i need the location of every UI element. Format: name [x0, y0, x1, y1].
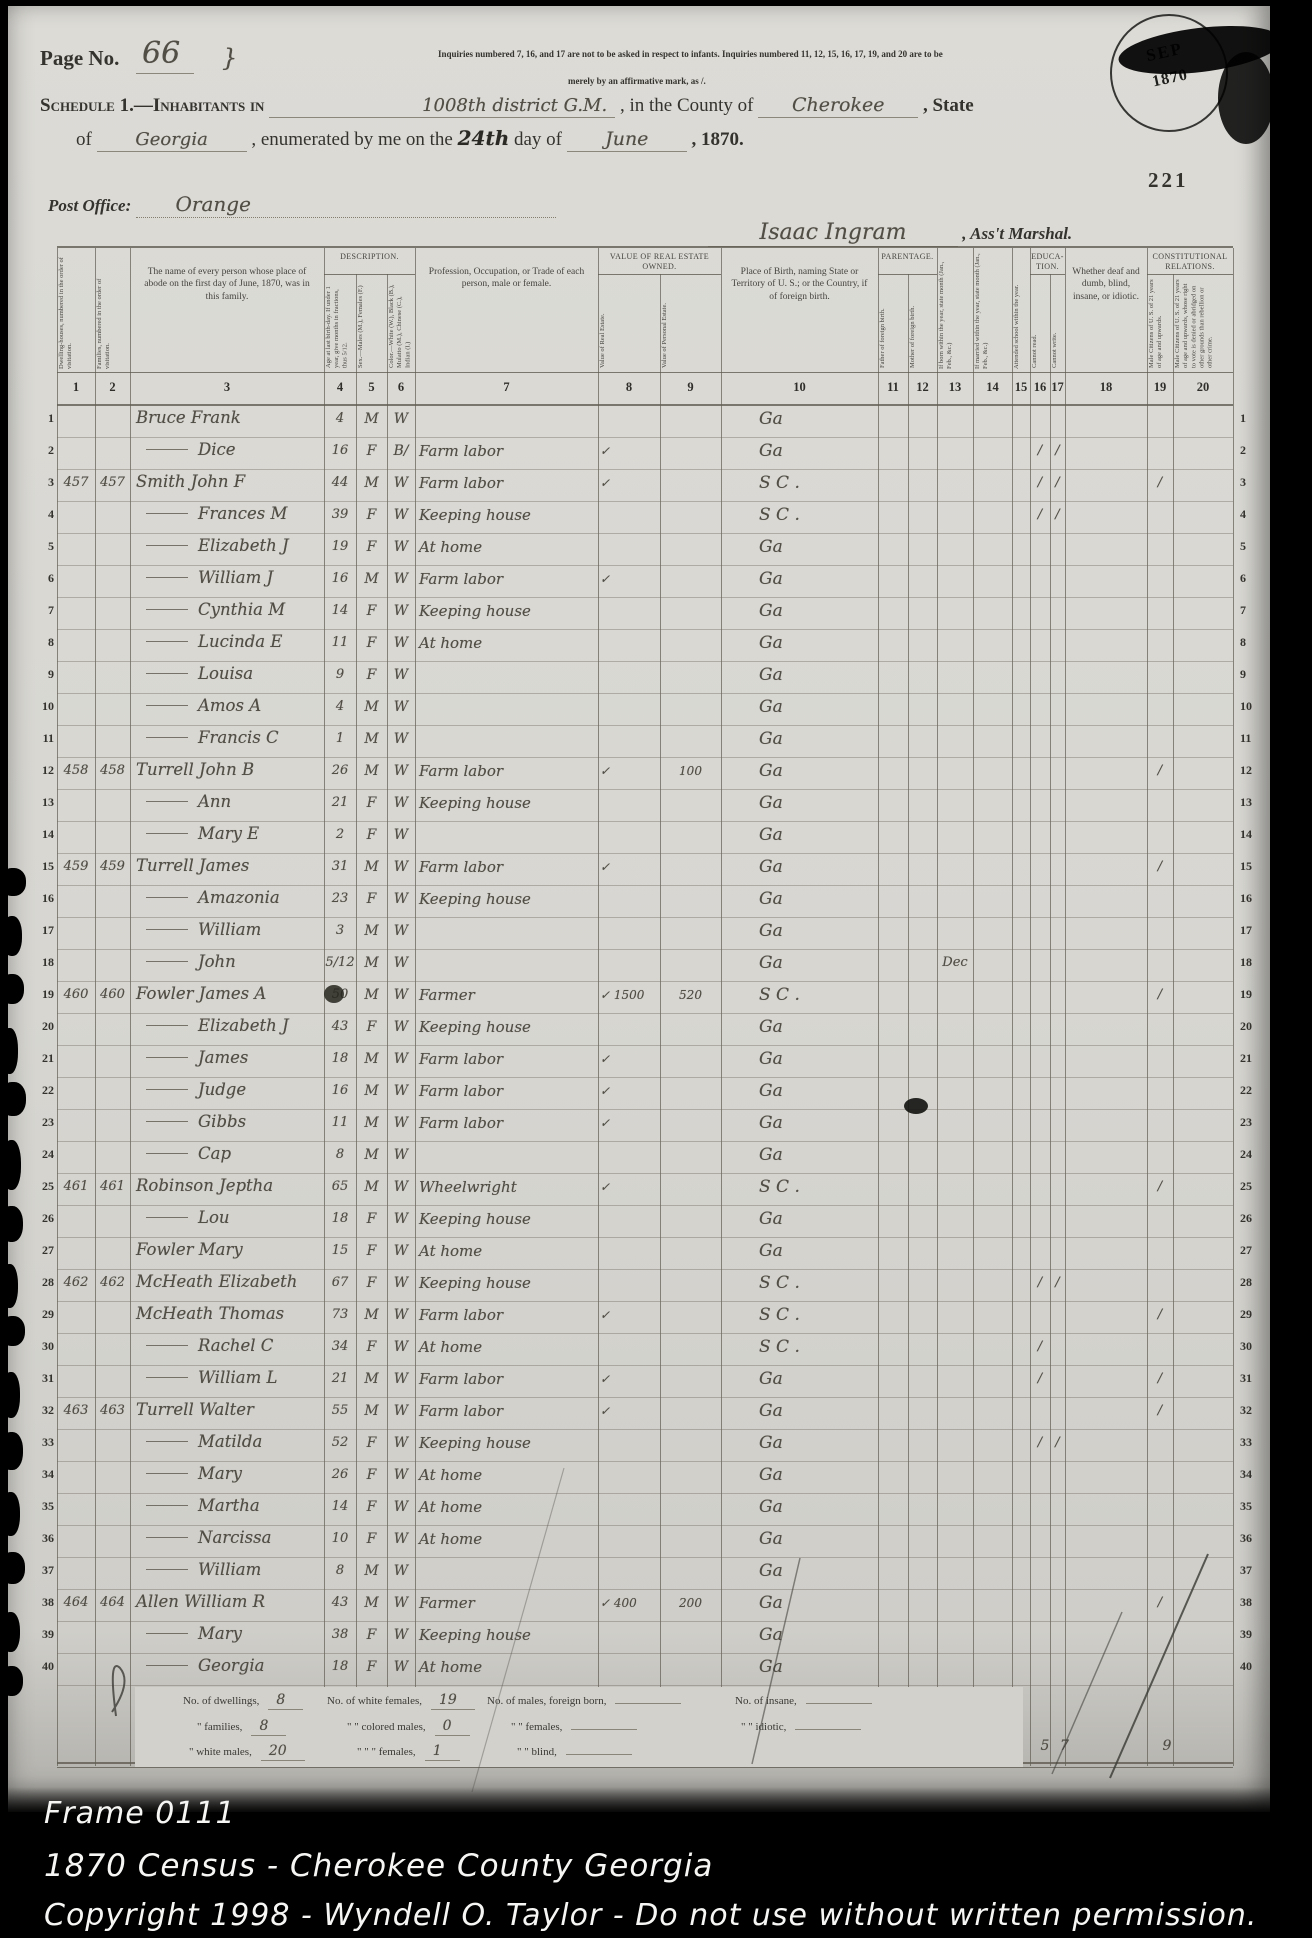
summary-label: " " " females,: [357, 1746, 416, 1758]
row-number-left: 28: [34, 1275, 54, 1290]
row-number-right: 17: [1240, 923, 1266, 938]
cell-name: Rachel C: [132, 1336, 324, 1368]
cell-cannot-read-mark: /: [1030, 443, 1050, 458]
cell-color: W: [387, 1083, 415, 1099]
summary-item: " " blind,: [517, 1742, 632, 1760]
film-edge-blob: [0, 1082, 26, 1116]
cell-male-citizen-mark: /: [1147, 1307, 1173, 1322]
cell-birthplace: Ga: [721, 1369, 878, 1389]
ditto-dash: [146, 449, 188, 450]
cell-cannot-read-mark: /: [1030, 475, 1050, 490]
group-rule: [1030, 274, 1065, 275]
row-number-left: 17: [34, 923, 54, 938]
row-number-right: 11: [1240, 731, 1266, 746]
row-number-right: 35: [1240, 1499, 1266, 1514]
summary-item: No. of dwellings,8: [183, 1691, 303, 1709]
cell-real-estate-value: ✓ 400: [600, 1596, 660, 1610]
cell-sex: M: [356, 1051, 387, 1067]
cell-family-number: 464: [95, 1595, 130, 1610]
row-number-right: 18: [1240, 955, 1266, 970]
row-number-left: 11: [34, 731, 54, 746]
group-header-constitutional: Constitutional Relations.: [1147, 249, 1233, 274]
cell-occupation: Farmer: [419, 986, 599, 1004]
row-number-right: 37: [1240, 1563, 1266, 1578]
cell-age: 3: [324, 923, 356, 938]
cell-sex: M: [356, 1371, 387, 1387]
cell-name: Turrell Walter: [132, 1400, 324, 1432]
cell-birthplace: Ga: [721, 1145, 878, 1165]
summary-label: No. of insane,: [735, 1695, 797, 1707]
cell-color: W: [387, 1563, 415, 1579]
cell-color: W: [387, 1275, 415, 1291]
cell-sex: F: [356, 1243, 387, 1259]
row-number-right: 26: [1240, 1211, 1266, 1226]
marshal-signature-handwritten: Isaac Ingram: [708, 220, 958, 247]
cell-color: W: [387, 987, 415, 1003]
film-edge-blob: [1, 1492, 20, 1536]
cell-color: W: [387, 667, 415, 683]
ditto-dash: [146, 1537, 188, 1538]
ditto-dash: [146, 673, 188, 674]
cell-age: 65: [324, 1179, 356, 1194]
person-name: Lou: [198, 1208, 230, 1227]
cell-birthplace: Ga: [721, 409, 878, 429]
column-header-8: Value of Real Estate.: [598, 276, 660, 371]
cell-occupation: Farm labor: [419, 762, 599, 780]
person-name: Allen William R: [132, 1592, 265, 1611]
cell-name: Elizabeth J: [132, 1016, 324, 1048]
cell-sex: M: [356, 859, 387, 875]
cell-age: 39: [324, 507, 356, 522]
day-of-label: day of: [514, 129, 562, 150]
cell-family-number: 462: [95, 1275, 130, 1290]
row-number-right: 34: [1240, 1467, 1266, 1482]
person-name: Mary E: [198, 824, 259, 843]
summary-value: 8: [268, 1692, 303, 1710]
row-number-left: 29: [34, 1307, 54, 1322]
summary-label: No. of white females,: [327, 1695, 422, 1707]
person-name: Amos A: [198, 696, 261, 715]
state-handwritten: Georgia: [97, 129, 247, 152]
cell-family-number: 463: [95, 1403, 130, 1418]
cell-name: William L: [132, 1368, 324, 1400]
column-rule: [415, 248, 416, 1766]
cell-sex: M: [356, 1147, 387, 1163]
cell-age: 11: [324, 635, 356, 650]
row-number-left: 9: [34, 667, 54, 682]
cell-name: Lucinda E: [132, 632, 324, 664]
cell-age: 18: [324, 1211, 356, 1226]
cell-birthplace: Ga: [721, 857, 878, 877]
column-number: 5: [356, 373, 387, 405]
cell-sex: F: [356, 1467, 387, 1483]
column-rule: [130, 248, 131, 1766]
person-name: Judge: [198, 1080, 246, 1099]
cell-sex: F: [356, 891, 387, 907]
person-name: Gibbs: [198, 1112, 246, 1131]
ditto-dash: [146, 609, 188, 610]
cell-dwelling-number: 463: [57, 1403, 95, 1418]
row-number-left: 24: [34, 1147, 54, 1162]
group-header-education: Educa- tion.: [1030, 249, 1065, 274]
person-name: Cynthia M: [198, 600, 285, 619]
cell-birthplace: S C .: [721, 985, 878, 1005]
column-rule: [878, 248, 879, 1766]
cell-color: W: [387, 1531, 415, 1547]
cell-sex: M: [356, 987, 387, 1003]
total-cannot-write: 7: [1056, 1738, 1073, 1754]
cell-name: Georgia: [132, 1656, 324, 1688]
row-number-right: 20: [1240, 1019, 1266, 1034]
summary-item: " " females,: [511, 1717, 637, 1735]
column-number: 1: [57, 373, 95, 405]
cell-dwelling-number: 464: [57, 1595, 95, 1610]
cell-dwelling-number: 457: [57, 475, 95, 490]
column-header-11: Father of foreign birth.: [878, 276, 908, 371]
cell-name: Mary: [132, 1624, 324, 1656]
film-edge-blob: [2, 1372, 20, 1418]
page-no-brace: }: [222, 44, 237, 72]
cell-name: Frances M: [132, 504, 324, 536]
summary-value: [795, 1729, 861, 1730]
cell-personal-estate-value: 100: [660, 764, 721, 778]
county-label: , in the County of: [620, 95, 754, 116]
ditto-dash: [146, 545, 188, 546]
row-number-left: 30: [34, 1339, 54, 1354]
cell-occupation: Keeping house: [419, 1626, 599, 1644]
cell-sex: M: [356, 475, 387, 491]
cell-color: W: [387, 1051, 415, 1067]
cell-age: 16: [324, 443, 356, 458]
person-name: Bruce Frank: [132, 408, 241, 427]
cell-sex: F: [356, 1435, 387, 1451]
summary-value: 20: [261, 1743, 305, 1761]
row-number-right: 10: [1240, 699, 1266, 714]
person-name: Martha: [198, 1496, 260, 1515]
summary-value: [571, 1729, 637, 1730]
cell-sex: F: [356, 603, 387, 619]
row-number-right: 19: [1240, 987, 1266, 1002]
summary-item: No. of white females,19: [327, 1691, 475, 1709]
summary-item: No. of males, foreign born,: [487, 1691, 681, 1709]
cell-occupation: Farm labor: [419, 474, 599, 492]
person-name: Frances M: [198, 504, 287, 523]
person-name: William: [198, 1560, 261, 1579]
cell-name: Cynthia M: [132, 600, 324, 632]
cell-birthplace: Ga: [721, 889, 878, 909]
cell-birthplace: Ga: [721, 729, 878, 749]
column-number: 18: [1065, 373, 1147, 405]
cell-sex: M: [356, 1403, 387, 1419]
cell-name: Dice: [132, 440, 324, 472]
person-name: Fowler James A: [132, 984, 266, 1003]
cell-age: 31: [324, 859, 356, 874]
ditto-dash: [146, 1089, 188, 1090]
row-number-left: 14: [34, 827, 54, 842]
cell-color: W: [387, 859, 415, 875]
cell-occupation: Keeping house: [419, 1274, 599, 1292]
census-scan-page: Page No. 66 } Inquiries numbered 7, 16, …: [0, 0, 1312, 1938]
district-handwritten: 1008th district G.M.: [269, 95, 615, 118]
post-office-label: Post Office:: [48, 196, 131, 215]
person-name: Mary: [198, 1464, 242, 1483]
cell-age: 8: [324, 1147, 356, 1162]
ditto-dash: [146, 1121, 188, 1122]
county-handwritten: Cherokee: [758, 94, 918, 118]
cell-color: W: [387, 1307, 415, 1323]
cell-family-number: 461: [95, 1179, 130, 1194]
summary-tallies: No. of dwellings,8No. of white females,1…: [135, 1687, 1023, 1767]
cell-occupation: Farm labor: [419, 570, 599, 588]
row-number-right: 21: [1240, 1051, 1266, 1066]
inquiries-notice-line2: merely by an affirmative mark, as /.: [568, 76, 706, 86]
row-number-right: 33: [1240, 1435, 1266, 1450]
cell-color: W: [387, 603, 415, 619]
cell-sex: F: [356, 1339, 387, 1355]
row-number-right: 40: [1240, 1659, 1266, 1674]
cell-occupation: Farm labor: [419, 1402, 599, 1420]
row-number-left: 37: [34, 1563, 54, 1578]
row-number-left: 15: [34, 859, 54, 874]
group-rule: [1147, 274, 1233, 275]
row-number-right: 29: [1240, 1307, 1266, 1322]
column-number: 20: [1173, 373, 1233, 405]
person-name: Ann: [198, 792, 231, 811]
row-number-right: 15: [1240, 859, 1266, 874]
person-name: William J: [198, 568, 273, 587]
cell-sex: F: [356, 539, 387, 555]
cell-age: 21: [324, 1371, 356, 1386]
column-header-12: Mother of foreign birth.: [908, 276, 937, 371]
row-number-left: 16: [34, 891, 54, 906]
film-edge-blob: [0, 868, 26, 896]
cell-cannot-read-mark: /: [1030, 1275, 1050, 1290]
cell-age: 34: [324, 1339, 356, 1354]
cell-name: Matilda: [132, 1432, 324, 1464]
cell-occupation: Keeping house: [419, 602, 599, 620]
cell-color: W: [387, 1467, 415, 1483]
film-edge-blob: [0, 1666, 23, 1696]
row-number-left: 31: [34, 1371, 54, 1386]
column-rule: [1050, 274, 1051, 1766]
cell-color: W: [387, 891, 415, 907]
ditto-dash: [146, 801, 188, 802]
summary-value: 8: [251, 1718, 286, 1736]
cell-name: Narcissa: [132, 1528, 324, 1560]
film-edge-blob: [1, 1612, 20, 1652]
cell-name: Elizabeth J: [132, 536, 324, 568]
cell-sex: F: [356, 795, 387, 811]
cell-sex: M: [356, 411, 387, 427]
page-no-handwritten: 66: [136, 36, 194, 74]
column-number: 14: [973, 373, 1012, 405]
column-header-6: Color.—White (W.), Black (B.), Mulatto (…: [387, 276, 415, 371]
cell-cannot-read-mark: /: [1030, 1339, 1050, 1354]
cell-name: Mary E: [132, 824, 324, 856]
cell-age: 38: [324, 1627, 356, 1642]
row-number-left: 12: [34, 763, 54, 778]
ditto-dash: [146, 641, 188, 642]
column-header-14: If married within the year, state month …: [973, 250, 1012, 372]
cell-color: W: [387, 1019, 415, 1035]
row-number-right: 23: [1240, 1115, 1266, 1130]
cell-name: James: [132, 1048, 324, 1080]
cell-birthplace: S C .: [721, 473, 878, 493]
summary-value: 19: [431, 1692, 475, 1710]
cell-sex: F: [356, 827, 387, 843]
column-number: 7: [415, 373, 598, 405]
scanned-paper: Page No. 66 } Inquiries numbered 7, 16, …: [8, 6, 1270, 1812]
cell-age: 23: [324, 891, 356, 906]
summary-label: " white males,: [189, 1746, 252, 1758]
person-name: Rachel C: [198, 1336, 273, 1355]
summary-item: No. of insane,: [735, 1691, 872, 1709]
cell-birthplace: S C .: [721, 1337, 878, 1357]
cell-occupation: Keeping house: [419, 1018, 599, 1036]
cell-occupation: Keeping house: [419, 890, 599, 908]
cell-color: W: [387, 923, 415, 939]
cell-age: 16: [324, 1083, 356, 1098]
row-number-right: 24: [1240, 1147, 1266, 1162]
person-name: Amazonia: [198, 888, 280, 907]
footer-census-title: 1870 Census - Cherokee County Georgia: [44, 1848, 713, 1884]
cell-birthplace: Ga: [721, 953, 878, 973]
enumerated-label: , enumerated by me on the: [251, 129, 453, 150]
cell-dwelling-number: 459: [57, 859, 95, 874]
person-name: Matilda: [198, 1432, 262, 1451]
total-male-citizens: 9: [1153, 1738, 1181, 1754]
cell-color: W: [387, 507, 415, 523]
cell-real-estate-value: ✓: [600, 1308, 660, 1322]
cell-birthplace: S C .: [721, 1177, 878, 1197]
cell-sex: F: [356, 1659, 387, 1675]
cell-real-estate-value: ✓: [600, 444, 660, 458]
summary-item: " " " females,1: [357, 1742, 460, 1760]
cell-real-estate-value: ✓: [600, 1404, 660, 1418]
row-number-left: 39: [34, 1627, 54, 1642]
day-handwritten: 24th: [458, 126, 510, 150]
cell-birthplace: Ga: [721, 1593, 878, 1613]
cell-sex: F: [356, 1531, 387, 1547]
cell-birthplace: Ga: [721, 1625, 878, 1645]
ditto-dash: [146, 1377, 188, 1378]
cell-name: Gibbs: [132, 1112, 324, 1144]
person-name: Georgia: [198, 1656, 264, 1675]
column-rule: [1233, 248, 1234, 1766]
film-edge-blob: [0, 1432, 23, 1470]
cell-name: Amos A: [132, 696, 324, 728]
row-number-right: 5: [1240, 539, 1266, 554]
ditto-dash: [146, 1217, 188, 1218]
cell-sex: F: [356, 507, 387, 523]
person-name: Turrell John B: [132, 760, 254, 779]
cell-real-estate-value: ✓: [600, 860, 660, 874]
cell-birthplace: Ga: [721, 569, 878, 589]
cell-occupation: At home: [419, 1658, 599, 1676]
cell-birthplace: Ga: [721, 1209, 878, 1229]
cell-color: W: [387, 1339, 415, 1355]
column-header-10: Place of Birth, naming State or Territor…: [721, 250, 878, 372]
column-number: 11: [878, 373, 908, 405]
stamped-page-number: 221: [1148, 168, 1189, 193]
cell-name: Turrell James: [132, 856, 324, 888]
cell-birthplace: Ga: [721, 1497, 878, 1517]
cell-name: Judge: [132, 1080, 324, 1112]
cell-cannot-write-mark: /: [1050, 1435, 1065, 1450]
group-header-value_owned: Value of Real Estate owned.: [598, 249, 721, 274]
cell-male-citizen-mark: /: [1147, 1371, 1173, 1386]
cell-age: 16: [324, 571, 356, 586]
table-top-rule: [57, 246, 1233, 248]
person-name: James: [198, 1048, 248, 1067]
row-number-left: 7: [34, 603, 54, 618]
cell-sex: M: [356, 1563, 387, 1579]
person-name: McHeath Thomas: [132, 1304, 284, 1323]
cell-birthplace: Ga: [721, 1465, 878, 1485]
cell-birthplace: Ga: [721, 1561, 878, 1581]
cell-male-citizen-mark: /: [1147, 1595, 1173, 1610]
cell-name: Fowler Mary: [132, 1240, 324, 1272]
cell-sex: M: [356, 731, 387, 747]
cell-birthplace: Ga: [721, 1529, 878, 1549]
of-label: of: [76, 129, 92, 150]
cell-occupation: Keeping house: [419, 1434, 599, 1452]
summary-item: " families,8: [197, 1717, 286, 1735]
cell-birthplace: Ga: [721, 921, 878, 941]
cell-name: Lou: [132, 1208, 324, 1240]
cell-sex: F: [356, 1275, 387, 1291]
cell-male-citizen-mark: /: [1147, 763, 1173, 778]
person-name: Dice: [198, 440, 236, 459]
person-name: Turrell James: [132, 856, 249, 875]
row-number-left: 19: [34, 987, 54, 1002]
summary-value: [566, 1754, 632, 1755]
cell-color: W: [387, 1435, 415, 1451]
group-rule: [598, 274, 721, 275]
column-number: 6: [387, 373, 415, 405]
summary-value: [615, 1703, 681, 1704]
cell-color: W: [387, 1403, 415, 1419]
film-edge-blob: [0, 1552, 25, 1584]
year-label: , 1870.: [692, 129, 744, 150]
person-name: Elizabeth J: [198, 1016, 289, 1035]
cell-male-citizen-mark: /: [1147, 475, 1173, 490]
cell-color: W: [387, 955, 415, 971]
cell-age: 18: [324, 1659, 356, 1674]
column-header-18: Whether deaf and dumb, blind, insane, or…: [1065, 250, 1147, 372]
summary-label: No. of dwellings,: [183, 1695, 259, 1707]
cell-name: John: [132, 952, 324, 984]
summary-label: " families,: [197, 1721, 242, 1733]
row-number-right: 12: [1240, 763, 1266, 778]
cell-sex: F: [356, 1211, 387, 1227]
cell-family-number: 458: [95, 763, 130, 778]
cell-occupation: At home: [419, 1338, 599, 1356]
cell-age: 1: [324, 731, 356, 746]
state-label: , State: [923, 95, 974, 116]
group-rule: [324, 274, 415, 275]
cell-age: 4: [324, 411, 356, 426]
cell-cannot-read-mark: /: [1030, 1435, 1050, 1450]
cell-age: 43: [324, 1019, 356, 1034]
cell-birthplace: Ga: [721, 761, 878, 781]
cell-color: W: [387, 1659, 415, 1675]
cell-name: Fowler James A: [132, 984, 324, 1016]
row-number-left: 13: [34, 795, 54, 810]
cell-sex: M: [356, 1179, 387, 1195]
row-number-right: 28: [1240, 1275, 1266, 1290]
row-number-left: 26: [34, 1211, 54, 1226]
